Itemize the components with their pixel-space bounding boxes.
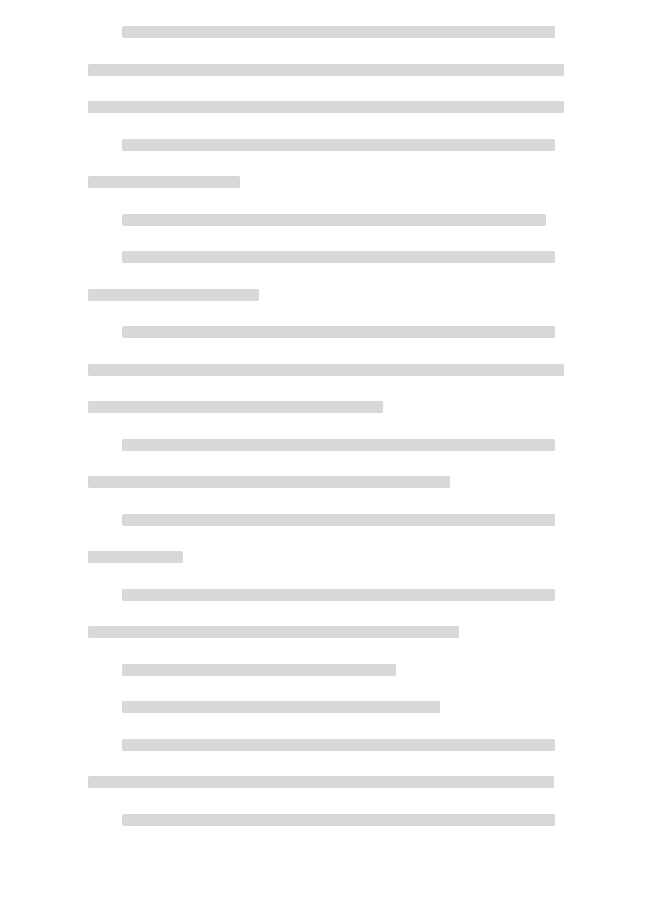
paragraph-line [88,727,564,765]
text-placeholder [88,64,564,76]
paragraph-line [88,389,564,427]
paragraph-line [88,652,564,690]
text-placeholder [88,364,564,376]
text-placeholder [88,101,564,113]
paragraph-line [88,52,564,90]
text-placeholder [122,214,546,226]
text-placeholder [122,139,555,151]
text-placeholder [88,289,259,301]
text-placeholder [122,251,555,263]
text-placeholder [122,326,555,338]
text-placeholder [122,814,555,826]
paragraph-line [88,89,564,127]
paragraph-line [88,314,564,352]
text-placeholder [88,776,554,788]
text-placeholder [122,664,396,676]
paragraph-line [88,802,564,840]
text-placeholder [88,401,383,413]
paragraph-line [88,202,564,240]
paragraph-line [88,352,564,390]
text-placeholder [122,26,555,38]
paragraph-line [88,539,564,577]
paragraph-line [88,14,564,52]
text-placeholder [88,551,183,563]
text-placeholder [88,476,450,488]
paragraph-line [88,764,564,802]
paragraph-line [88,239,564,277]
text-placeholder [122,439,555,451]
text-placeholder [122,514,555,526]
paragraph-line [88,614,564,652]
paragraph-line [88,502,564,540]
text-placeholder [122,701,440,713]
text-placeholder [122,589,555,601]
paragraph-line [88,689,564,727]
text-placeholder [122,739,555,751]
paragraph-line [88,577,564,615]
paragraph-line [88,464,564,502]
paragraph-line [88,127,564,165]
text-placeholder [88,176,240,188]
document-page [0,0,652,910]
paragraph-line [88,277,564,315]
paragraph-line [88,164,564,202]
paragraph-line [88,427,564,465]
text-placeholder [88,626,459,638]
